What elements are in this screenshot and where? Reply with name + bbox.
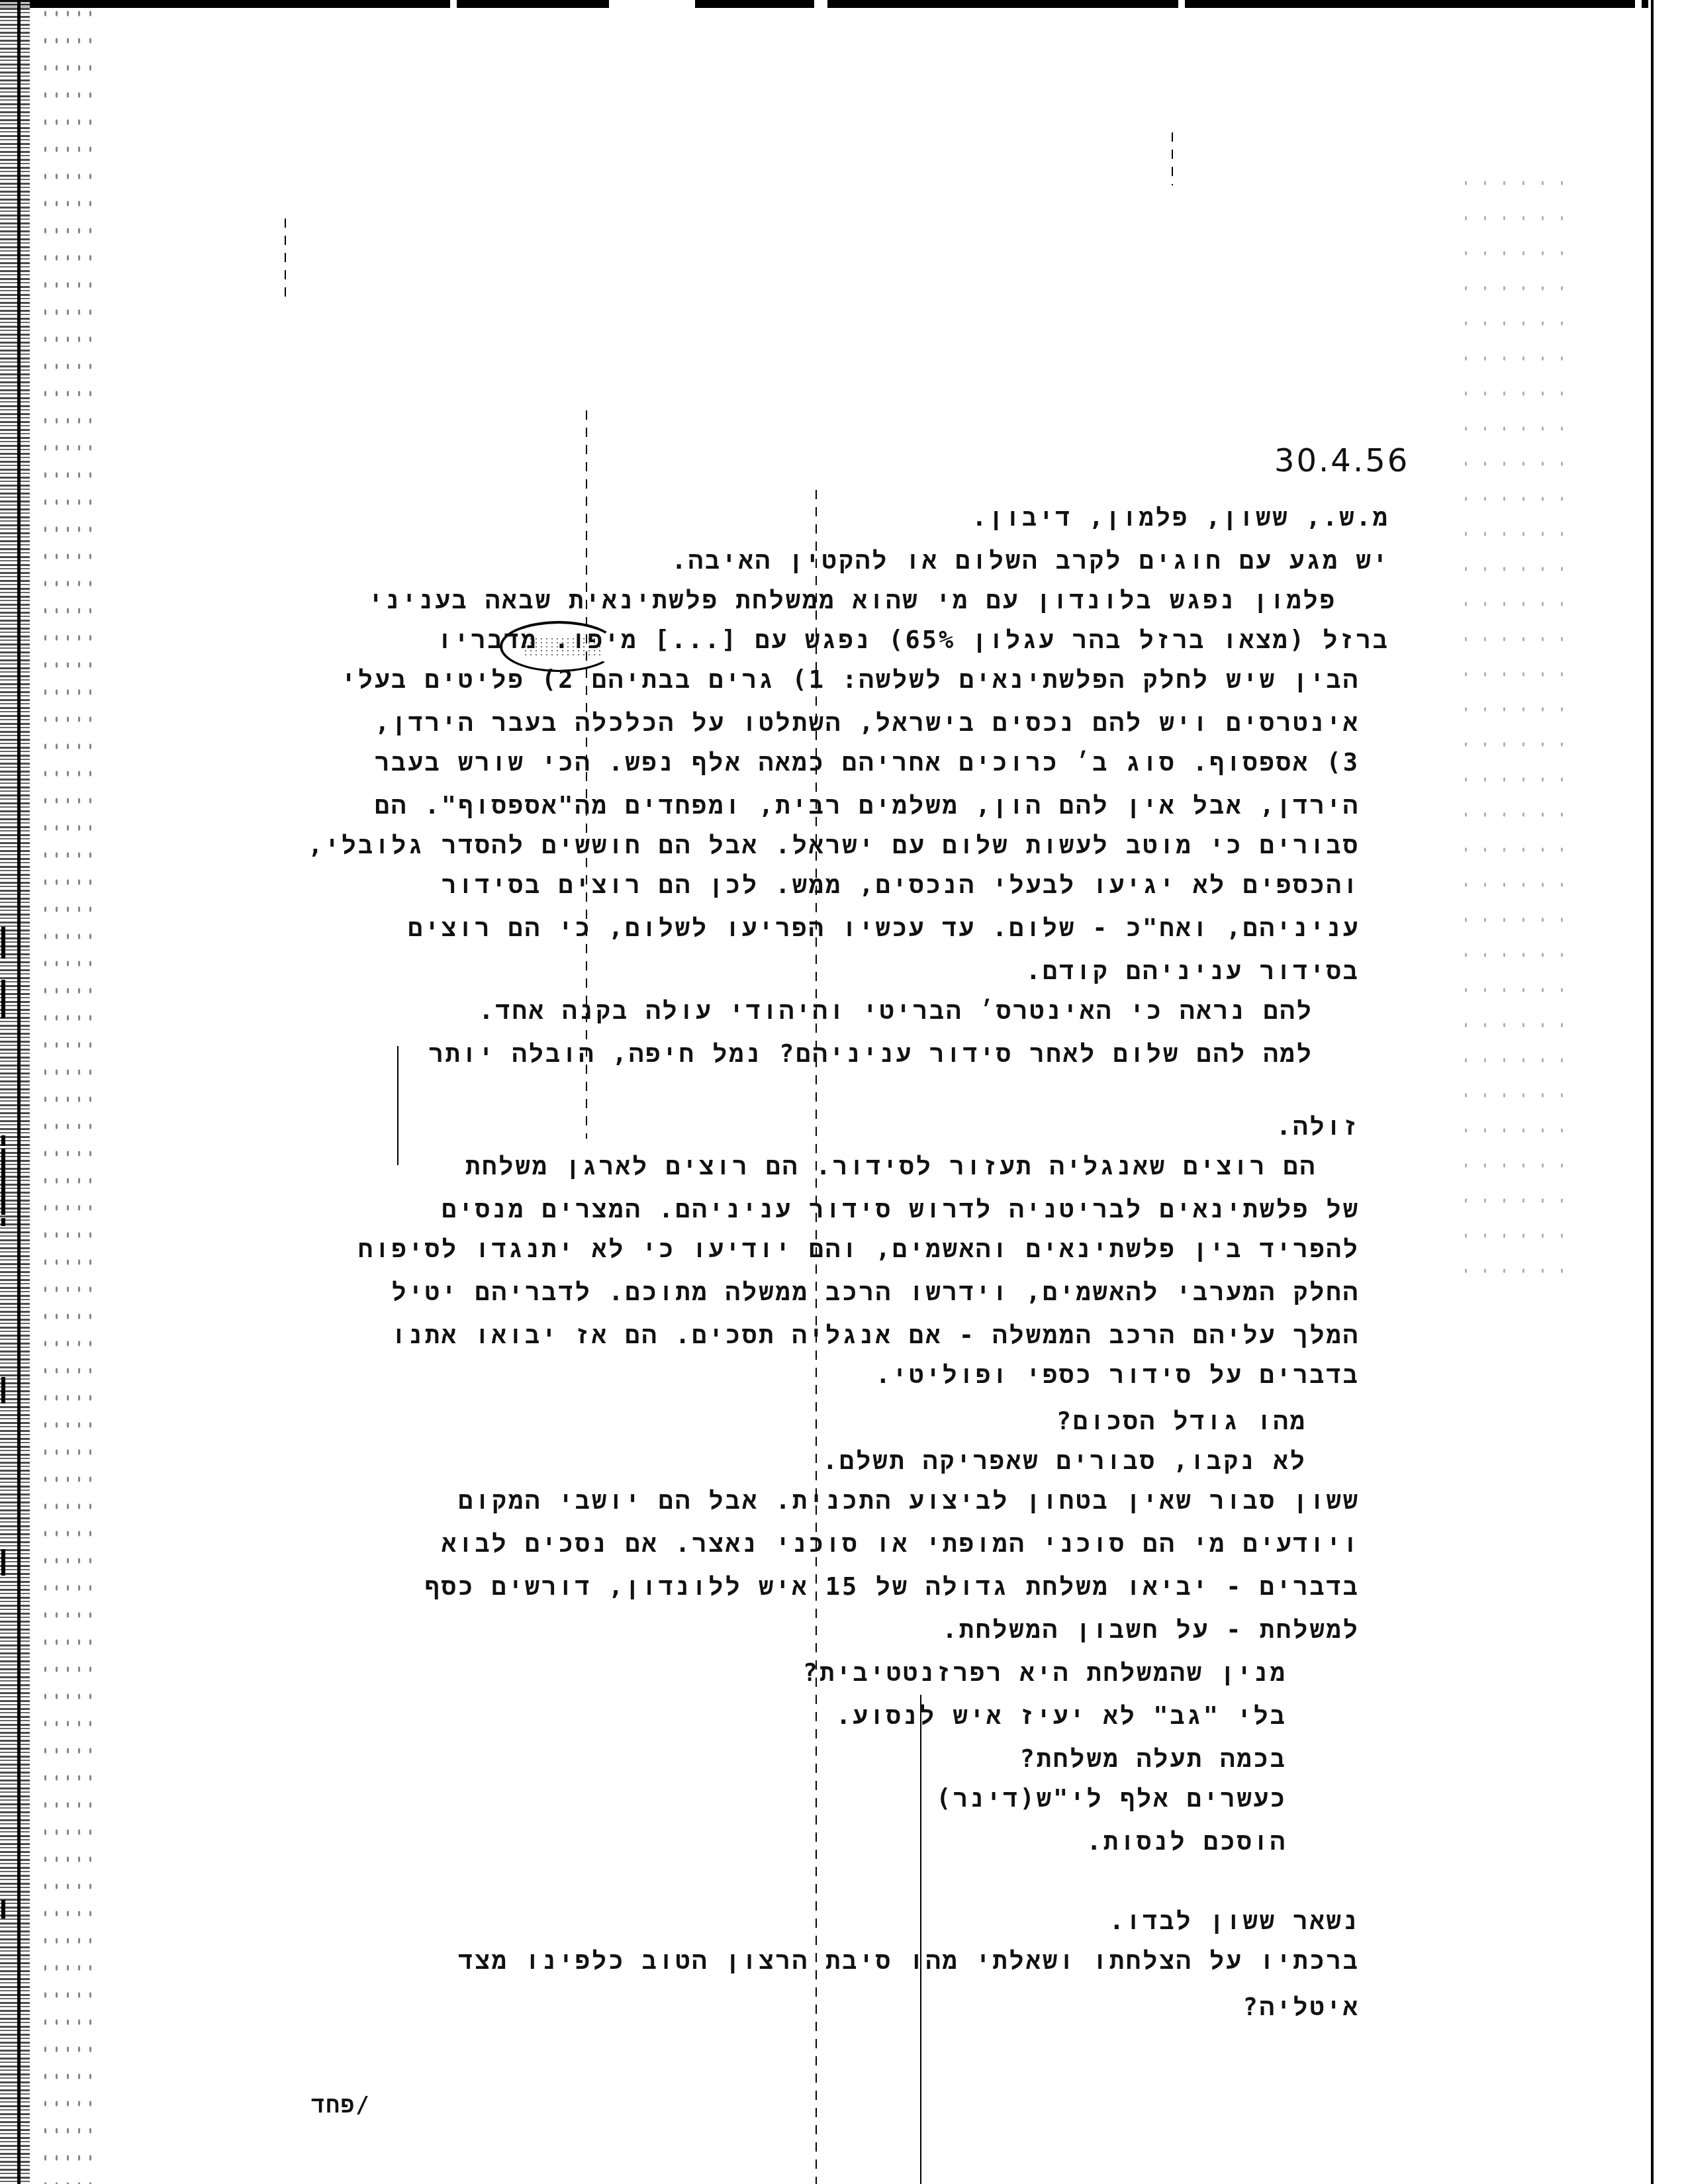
document-line: להפריד בין פלשתינאים והאשמים, והם יודיעו… [358, 1235, 1360, 1265]
document-line: ויודעים מי הם סוכני המופתי או סוכני נאצר… [442, 1529, 1360, 1560]
document-line: הירדן, אבל אין להם הון, משלמים רבית, ומפ… [375, 791, 1360, 822]
scanned-document-page: 30.4.56 מ.ש., ששון, פלמון, דיבון. יש מגע… [0, 0, 1684, 2184]
document-line: יש מגע עם חוגים לקרב השלום או להקטין האי… [672, 546, 1389, 577]
document-line: סבורים כי מוטב לעשות שלום עם ישראל. אבל … [308, 831, 1360, 861]
document-line: ברזל (מצאו ברזל בהר עגלון 65%) נפגש עם [… [438, 626, 1389, 656]
document-line: בכמה תעלה משלחת? [1020, 1744, 1287, 1775]
document-line: בדברים - יביאו משלחת גדולה של 15 איש ללו… [425, 1572, 1360, 1603]
scan-top-border [0, 0, 1648, 8]
document-date: 30.4.56 [1274, 442, 1409, 479]
document-line: איטליה? [1243, 1993, 1360, 2023]
document-line: זולה. [1276, 1112, 1360, 1143]
document-line: החלק המערבי להאשמים, וידרשו הרכב ממשלה מ… [391, 1278, 1360, 1308]
document-line: הם רוצים שאנגליה תעזור לסידור. הם רוצים … [465, 1152, 1317, 1182]
document-line: ברכתיו על הצלחתו ושאלתי מהו סיבת הרצון ה… [458, 1946, 1360, 1977]
document-line: אינטרסים ויש להם נכסים בישראל, השתלטו על… [375, 708, 1360, 739]
document-line: המלך עליהם הרכב הממשלה - אם אנגליה תסכים… [391, 1321, 1360, 1351]
crease-line [1172, 132, 1173, 185]
scan-margin-mark [1, 927, 5, 959]
scan-left-edge-line [17, 0, 21, 2184]
document-line: עניניהם, ואח"כ - שלום. עד עכשיו הפריעו ל… [408, 914, 1360, 944]
document-line: בסידור עניניהם קודם. [1026, 957, 1360, 987]
scan-margin-mark [1, 1149, 5, 1215]
document-line: למה להם שלום לאחר סידור עניניהם? נמל חיפ… [428, 1039, 1313, 1070]
document-header: מ.ש., ששון, פלמון, דיבון. [972, 503, 1389, 534]
document-line: 3) אספסוף. סוג ב׳ כרוכים אחריהם כמאה אלף… [375, 748, 1360, 779]
scan-speckle-right [1456, 166, 1575, 1291]
scan-left-edge-noise [0, 0, 30, 2184]
document-line: בלי "גב" לא יעיז איש לנסוע. [836, 1701, 1287, 1732]
document-line: נשאר ששון לבדו. [1109, 1907, 1360, 1937]
document-line: של פלשתינאים לבריטניה לדרוש סידור עניניה… [442, 1195, 1360, 1225]
document-line: לא נקבו, סבורים שאפריקה תשלם. [823, 1447, 1307, 1477]
scan-margin-mark [1, 1900, 5, 1919]
document-line: ששון סבור שאין בטחון לביצוע התכנית. אבל … [458, 1486, 1360, 1517]
crease-line [285, 218, 286, 298]
scan-margin-mark [1, 1377, 5, 1403]
document-line: פלמון נפגש בלונדון עם מי שהוא ממשלחת פלש… [369, 586, 1336, 616]
scan-margin-mark [1, 1549, 5, 1576]
crease-line [920, 1695, 921, 2184]
document-line: הבין שיש לחלק הפלשתינאים לשלשה: 1) גרים … [341, 665, 1360, 696]
document-line: למשלחת - על חשבון המשלחת. [942, 1615, 1360, 1646]
document-line: מנין שהמשלחת היא רפרזנטטיבית? [803, 1658, 1287, 1689]
document-line: בדברים על סידור כספי ופוליטי. [876, 1360, 1360, 1391]
document-line: והכספים לא יגיעו לבעלי הנכסים, ממש. לכן … [442, 871, 1360, 901]
document-line: להם נראה כי האינטרס׳ הבריטי והיהודי עולה… [479, 996, 1313, 1027]
scan-margin-mark [1, 1218, 5, 1226]
scan-speckle-left [40, 0, 93, 2184]
document-line: הוסכם לנסות. [1086, 1827, 1287, 1858]
document-line: מהו גודל הסכום? [1056, 1407, 1307, 1437]
scan-margin-mark [1, 980, 5, 1018]
document-line: כעשרים אלף לי"ש(דינר) [936, 1784, 1287, 1815]
crease-line [397, 1046, 398, 1165]
document-signature: /פחד [311, 2092, 371, 2120]
scan-margin-mark [1, 1135, 5, 1146]
scan-right-border [1651, 0, 1654, 2184]
